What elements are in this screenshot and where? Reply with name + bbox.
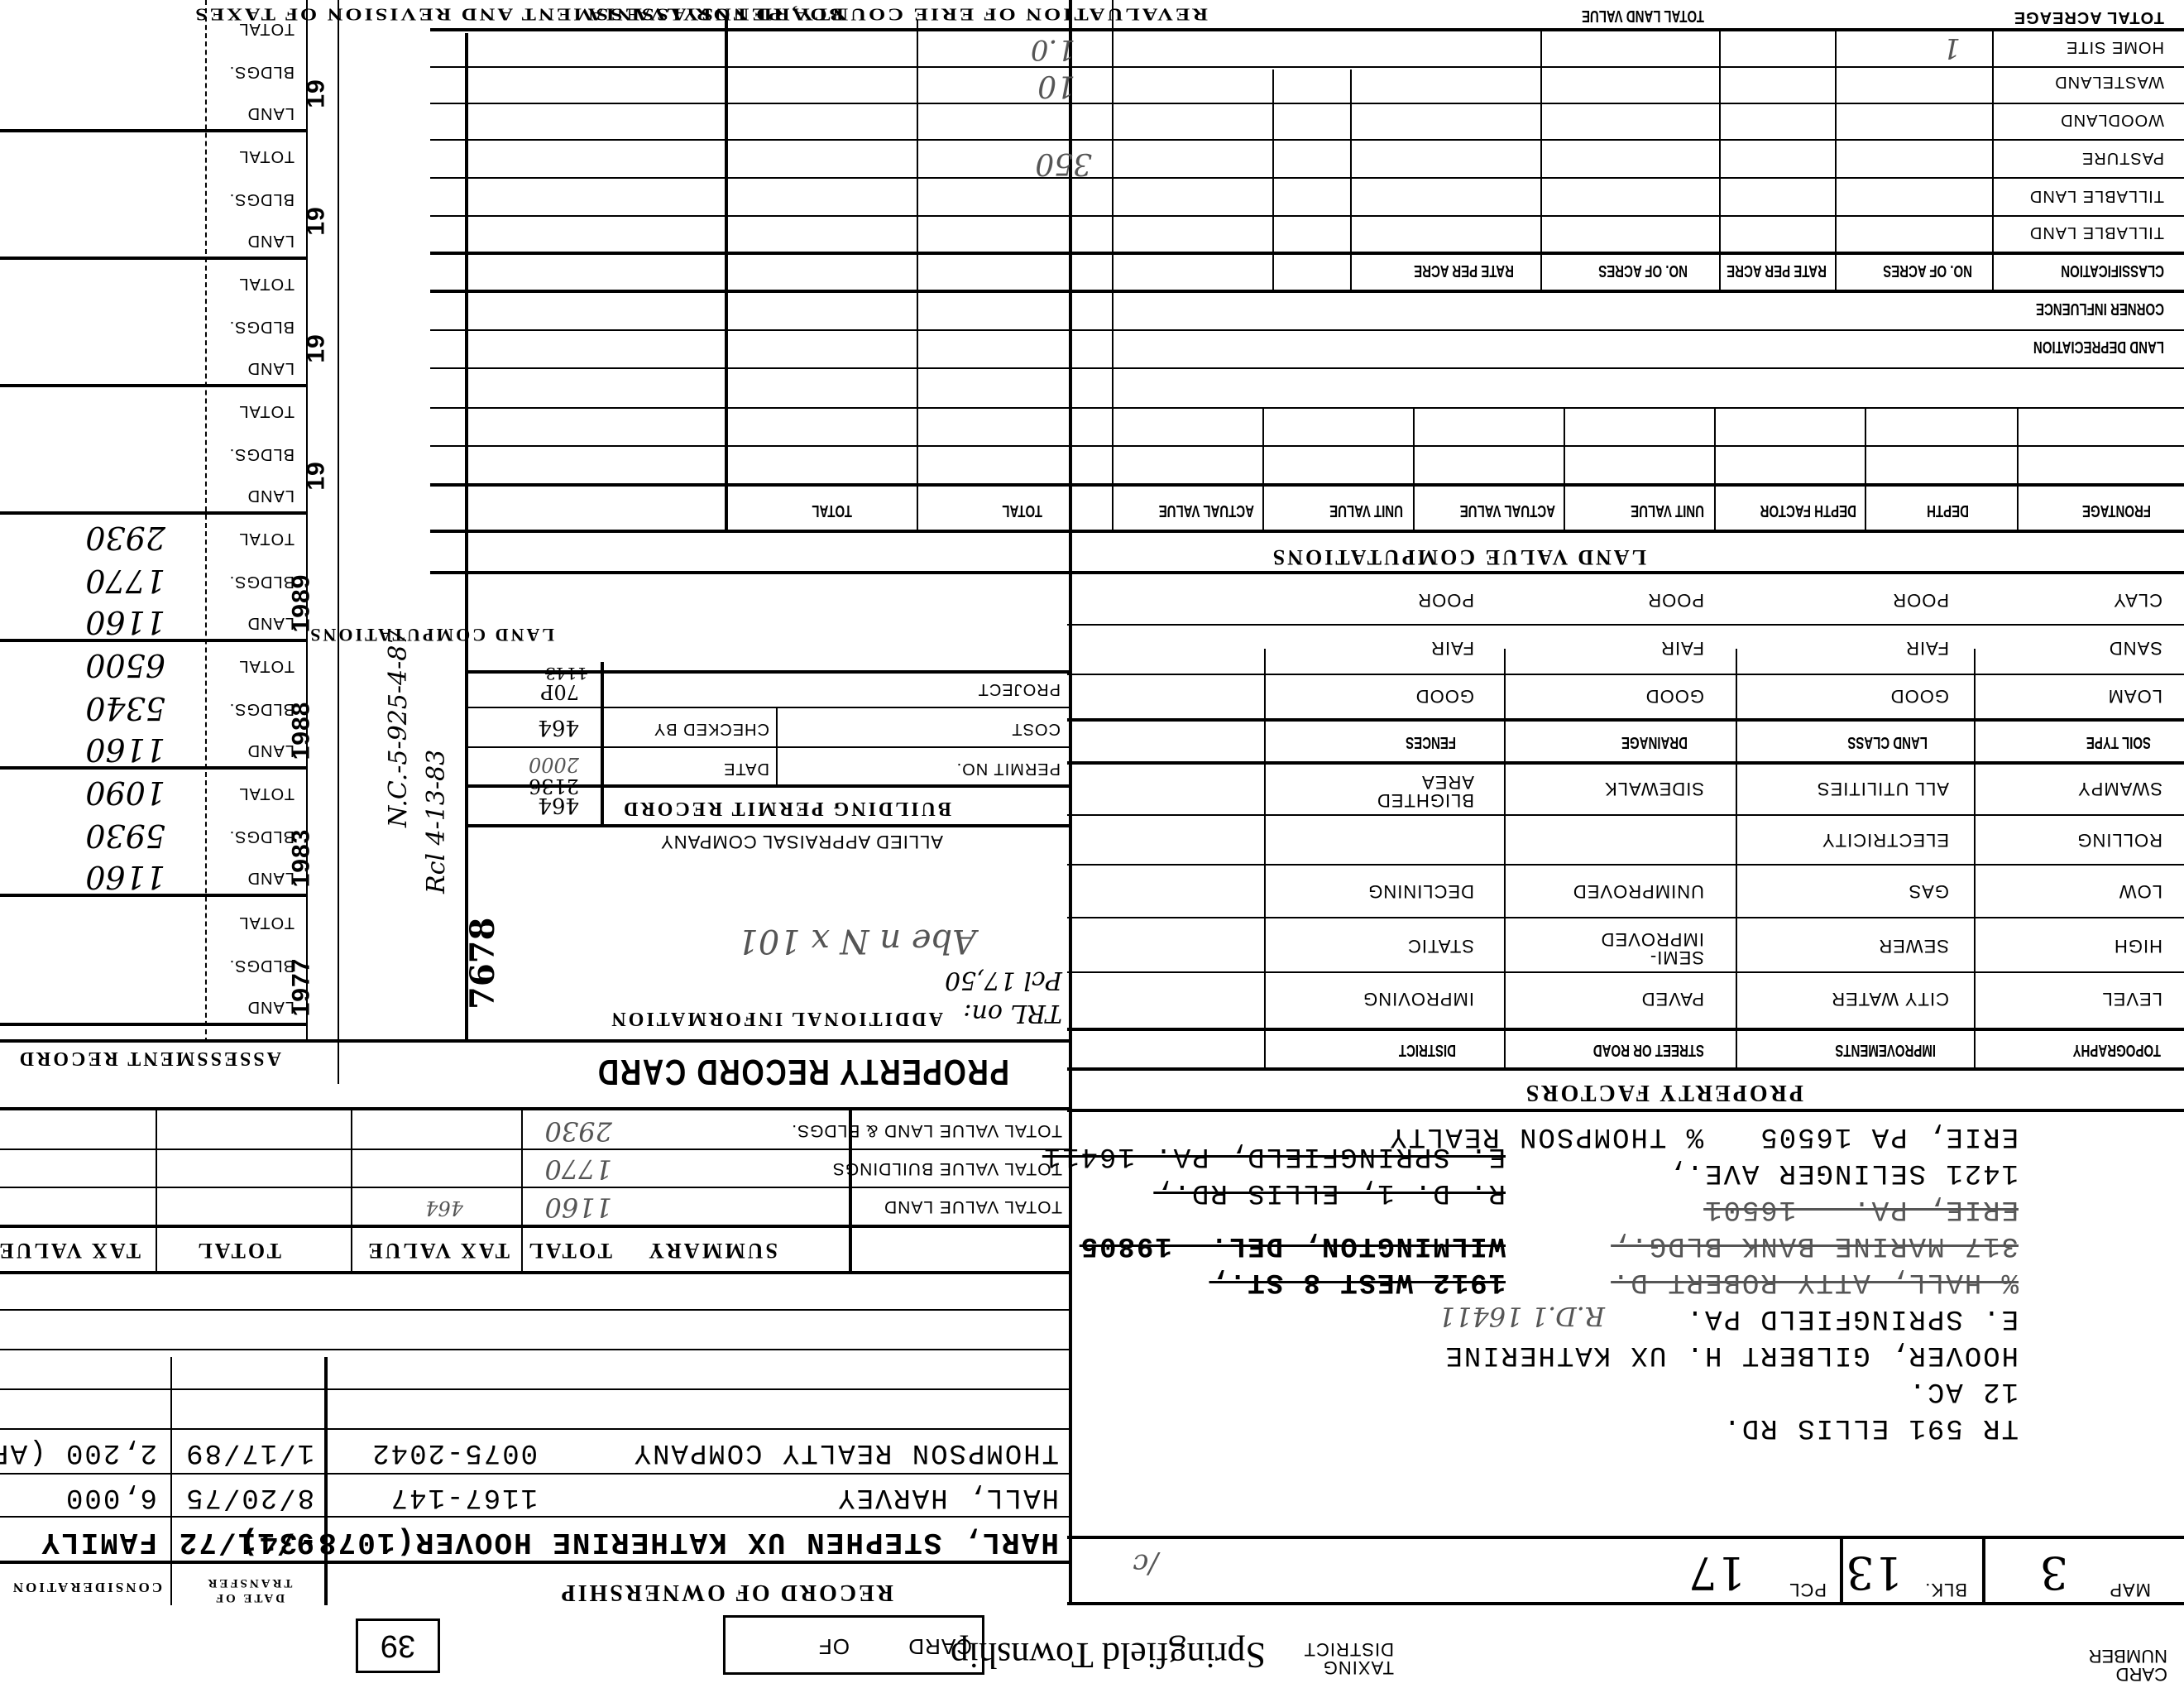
divider [468, 707, 1072, 708]
col-actual-value: ACTUAL VALUE [1460, 501, 1555, 520]
corner-influence-label: CORNER INFLUENCE [2036, 299, 2164, 318]
divider [1067, 624, 2184, 626]
divider [1067, 718, 2184, 722]
assess-1988-total[interactable]: 6500 [85, 647, 165, 683]
factor-gas[interactable]: GAS [1909, 880, 1949, 902]
divider [1067, 864, 2184, 866]
row-bldgs: BLDGS. [229, 62, 295, 81]
year-blank: 19 [302, 461, 330, 490]
summary-label-land-bldgs: TOTAL VALUE LAND & BLDGS. [791, 1120, 1062, 1140]
permit-date-label: DATE [723, 759, 769, 778]
divider [0, 1149, 1072, 1150]
land-comp-70p: 70P [540, 680, 579, 703]
factor-electricity[interactable]: ELECTRICITY [1822, 829, 1949, 851]
row-bldgs: BLDGS. [229, 699, 295, 718]
divider [0, 1039, 1072, 1043]
taxing-district-value[interactable]: Springfield Township [951, 1634, 1266, 1676]
side-note-nc: N.C.-5-925-4-87 [384, 630, 413, 827]
divider [1067, 971, 2184, 973]
row-bldgs: BLDGS. [229, 827, 295, 846]
divider [430, 290, 2184, 293]
classification-header: CLASSIFICATION [2061, 261, 2164, 280]
divider [917, 20, 918, 533]
taxing-district-label: TAXING DISTRICT [1286, 1640, 1394, 1676]
class-total-acreage: TOTAL ACREAGE [2014, 7, 2164, 26]
land-comp-2000: 2000 [529, 753, 579, 776]
street-road-header: STREET OR ROAD [1593, 1040, 1704, 1059]
soil-sand[interactable]: SAND [2109, 637, 2162, 659]
ownership-row-date[interactable]: 1/17/89 [184, 1436, 314, 1468]
year-blank: 19 [302, 206, 330, 235]
side-note-7678: 7678 [463, 918, 502, 1009]
divider [0, 511, 308, 515]
row-bldgs: BLDGS. [229, 956, 295, 975]
row-land: LAND [247, 997, 295, 1016]
factor-unimproved[interactable]: UNIMPROVED [1573, 880, 1704, 902]
row-bldgs: BLDGS. [229, 317, 295, 336]
divider [430, 367, 2184, 369]
land-class-header: LAND CLASS [1847, 732, 1928, 751]
owner-right-struck: WILMINGTON, DEL. 19805 [1080, 1230, 1506, 1261]
divider [0, 1225, 1072, 1228]
divider [2017, 409, 2019, 533]
permit-checked-by-label: CHECKED BY [654, 719, 769, 738]
factor-sewer[interactable]: SEWER [1878, 935, 1949, 957]
class-pasture: PASTURE [2081, 148, 2164, 167]
owner-line[interactable]: TR 591 ELLIS RD. [1722, 1412, 2019, 1443]
col-frontage: FRONTAGE [2082, 501, 2151, 520]
divider [0, 1107, 1072, 1110]
divider [1982, 1539, 1985, 1605]
drainage-header: DRAINAGE [1621, 732, 1688, 751]
divider [1736, 649, 1737, 1071]
divider [0, 1187, 1072, 1188]
factor-all-utilities[interactable]: ALL UTILITIES [1817, 778, 1949, 799]
side-note-rcl: Rcl 4-13-83 [422, 750, 451, 894]
row-bldgs: BLDGS. [229, 189, 295, 209]
page-number-box: 39 [356, 1618, 440, 1673]
owner-handwritten-rd: R.D.1 16411 [1439, 1301, 1605, 1332]
divider [1262, 409, 1264, 533]
row-total: TOTAL [238, 913, 295, 932]
factor-improving[interactable]: IMPROVING [1363, 988, 1474, 1009]
row-total: TOTAL [238, 529, 295, 548]
assess-1988-bldgs[interactable]: 5340 [85, 690, 165, 727]
divider [1067, 1536, 2184, 1539]
divider [0, 1271, 1072, 1274]
divider [1974, 649, 1976, 1071]
factor-declining[interactable]: DECLINING [1367, 880, 1474, 902]
summary-land-total[interactable]: 1160 [545, 1192, 612, 1223]
divider [430, 530, 2184, 533]
divider [430, 215, 2184, 217]
summary-land-tax[interactable]: 464 [425, 1196, 463, 1220]
assessment-record-title: ASSESSMENT RECORD [17, 1047, 281, 1069]
drainage-good[interactable]: GOOD [1645, 685, 1704, 707]
divider [338, 0, 339, 1084]
blk-value[interactable]: 13 [1846, 1547, 1903, 1599]
divider [1067, 1602, 2184, 1605]
property-record-card-title: PROPERTY RECORD CARD [596, 1051, 1009, 1092]
col-total: TOTAL [1002, 501, 1042, 520]
row-total: TOTAL [238, 656, 295, 675]
summary-label-buildings: TOTAL VALUE BUILDINGS [832, 1158, 1062, 1178]
class-woodland: WOODLAND [2060, 110, 2164, 129]
owner-line[interactable]: HOOVER, GILBERT H. UX KATHERINE [1444, 1339, 2019, 1370]
divider [1112, 0, 1114, 533]
class-tillable-land: TILLABLE LAND [2029, 223, 2164, 242]
divider [0, 129, 308, 132]
assess-1989-bldgs[interactable]: 1770 [85, 563, 165, 599]
owner-right-struck: E. SPRINGFIELD, PA. 16411 [1042, 1140, 1506, 1172]
divider [465, 33, 468, 1043]
card-number-text: CARD NUMBER [2093, 1647, 2167, 1683]
ownership-row-deed[interactable]: 0075-2042 [371, 1436, 538, 1468]
divider [1067, 674, 2184, 675]
land-comp-464b: 464 [538, 715, 579, 740]
row-land: LAND [247, 103, 295, 122]
divider [1840, 1539, 1843, 1605]
ownership-row-consideration[interactable]: 2,200 (AFF [0, 1436, 157, 1468]
factor-low[interactable]: LOW [2119, 880, 2162, 902]
row-total: TOTAL [238, 19, 295, 38]
divider [205, 0, 207, 1043]
class-tillable-land-2: TILLABLE LAND [2029, 186, 2164, 205]
row-total: TOTAL [238, 146, 295, 165]
year-blank: 19 [302, 79, 330, 108]
year-blank: 19 [302, 333, 330, 362]
row-total: TOTAL [238, 784, 295, 803]
factor-blighted-area[interactable]: BLIGHTED AREA [1375, 773, 1474, 809]
divider [170, 1357, 172, 1605]
land-value-computations-title: LAND VALUE COMPUTATIONS [1271, 544, 1646, 569]
divider [430, 252, 2184, 255]
card-of-box[interactable]: CARD OF [723, 1615, 984, 1675]
col-total-2: TOTAL [812, 501, 852, 520]
row-bldgs: BLDGS. [229, 572, 295, 591]
land-comp-1143: 1143 [545, 664, 587, 683]
consideration-header: CONSIDERATION [11, 1579, 162, 1595]
additional-info-handwritten-2: Abe n N x 101 [737, 922, 976, 960]
owner-right-struck: 1912 WEST 8 ST., [1209, 1266, 1506, 1297]
divider [430, 407, 2184, 409]
soil-loam[interactable]: LOAM [2108, 685, 2162, 707]
divider [0, 257, 308, 260]
assess-1983-bldgs[interactable]: 5930 [85, 818, 165, 854]
divider [1564, 409, 1565, 533]
total-land-value-label: TOTAL LAND VALUE [1582, 6, 1704, 25]
assess-1983-total[interactable]: 1090 [85, 774, 165, 811]
owner-line-struck: % HALL, ATTY ROBERT D. [1611, 1266, 2019, 1297]
divider [1413, 409, 1415, 533]
divider [0, 1473, 1072, 1475]
divider [1067, 1028, 2184, 1031]
divider [1067, 1067, 2184, 1071]
divider [430, 103, 2184, 104]
divider [0, 1428, 1072, 1430]
fences-fair[interactable]: FAIR [1430, 637, 1474, 659]
topography-header: TOPOGRAPHY [2073, 1040, 2161, 1059]
land-comp-2136: 2136 [529, 774, 579, 798]
divider [156, 1109, 157, 1274]
factor-swampy[interactable]: SWAMPY [2077, 778, 2162, 799]
factor-semi-improved[interactable]: SEMI-IMPROVED [1621, 930, 1704, 966]
home-site-acres[interactable]: 1 [1942, 31, 1961, 65]
divider [1067, 917, 2184, 918]
ownership-row-owner[interactable]: HALL, HARVEY [836, 1481, 1059, 1513]
divider [0, 1561, 1072, 1564]
date-transfer-header: DATE OF TRANSFER [179, 1575, 319, 1605]
record-of-ownership-title: RECORD OF OWNERSHIP [559, 1579, 893, 1605]
ownership-row-deed[interactable]: 1167-147 [390, 1481, 538, 1513]
pcl-value[interactable]: 17 [1688, 1547, 1746, 1599]
divider [0, 1388, 1072, 1390]
divider [1714, 409, 1716, 533]
row-land: LAND [247, 358, 295, 377]
owner-line[interactable]: 12 AC. [1908, 1375, 2019, 1407]
ownership-row-date[interactable]: 8/20/75 [184, 1481, 314, 1513]
page-number: 39 [381, 1628, 415, 1664]
row-total: TOTAL [238, 274, 295, 293]
pcl-label: PCL [1789, 1579, 1827, 1600]
permit-no-label: PERMIT NO. [956, 759, 1061, 778]
drainage-poor[interactable]: POOR [1647, 589, 1704, 611]
row-bldgs: BLDGS. [229, 444, 295, 463]
row-land: LAND [247, 613, 295, 632]
divider [521, 1109, 523, 1274]
drainage-fair[interactable]: FAIR [1660, 637, 1704, 659]
factor-high[interactable]: HIGH [2114, 935, 2162, 957]
divider [430, 28, 2184, 31]
factor-level[interactable]: LEVEL [2102, 988, 2163, 1009]
row-total: TOTAL [238, 401, 295, 420]
factor-sidewalk[interactable]: SIDEWALK [1604, 778, 1704, 799]
assess-1983-land[interactable]: 1160 [85, 859, 165, 895]
row-land: LAND [247, 231, 295, 250]
summary-title: SUMMARY [646, 1238, 778, 1263]
factor-rolling[interactable]: ROLLING [2076, 829, 2162, 851]
col-depth-factor: DEPTH FACTOR [1760, 501, 1856, 520]
divider [430, 177, 2184, 179]
class-fair[interactable]: FAIR [1905, 637, 1949, 659]
col-unit-value-2: UNIT VALUE [1329, 501, 1403, 520]
divider [0, 1309, 1072, 1311]
assess-1988-land[interactable]: 1160 [85, 731, 165, 768]
divider [468, 746, 1072, 748]
wasteland-value[interactable]: 10 [1037, 69, 1075, 103]
pcl-note: /c [1133, 1547, 1159, 1580]
divider [430, 571, 2184, 574]
ownership-row-date[interactable]: 9/11/72 [178, 1525, 314, 1559]
district-header: DISTRICT [1399, 1040, 1456, 1059]
land-computations-title: LAND COMPUTATIONS [308, 624, 554, 645]
divider [1069, 0, 1072, 1605]
col-depth: DEPTH [1927, 501, 1969, 520]
divider [0, 1349, 1072, 1350]
owner-line[interactable]: 1421 SELINGER AVE., [1666, 1157, 2019, 1188]
class-good[interactable]: GOOD [1890, 685, 1949, 707]
property-record-card: REVALUATION OF ERIE COUNTY, PENNSYLVANIA… [0, 0, 2184, 1688]
summary-total-header-2: TOTAL [195, 1238, 281, 1263]
divider [1067, 814, 2184, 816]
of-label: OF [818, 1633, 850, 1659]
divider [1504, 649, 1506, 1071]
ownership-row-owner[interactable]: HARL, STEPHEN UX KATHERINE HOOVER(1078-3… [239, 1525, 1059, 1559]
divider [1067, 761, 2184, 765]
improvements-header: IMPROVEMENTS [1835, 1040, 1936, 1059]
land-depreciation-label: LAND DEPRECIATION [2033, 337, 2164, 356]
owner-line-struck: 317 MARINE BANK BLDG., [1611, 1230, 2019, 1261]
assess-1989-total[interactable]: 2930 [85, 520, 165, 556]
divider [1865, 409, 1866, 533]
owner-right-struck: R. D. 1, ELLIS RD., [1153, 1177, 1506, 1208]
soil-clay[interactable]: CLAY [2113, 589, 2162, 611]
property-factors-title: PROPERTY FACTORS [1524, 1079, 1803, 1105]
summary-label-land: TOTAL VALUE LAND [884, 1196, 1062, 1216]
divider [430, 139, 2184, 141]
map-label: MAP [2109, 1579, 2151, 1600]
factor-city-water[interactable]: CITY WATER [1831, 988, 1949, 1009]
fences-header: FENCES [1406, 732, 1456, 751]
class-home-site: HOME SITE [2066, 37, 2164, 56]
divider [0, 1516, 1072, 1518]
map-value[interactable]: 3 [2040, 1547, 2068, 1599]
permit-cost-label: COST [1011, 719, 1061, 738]
divider [468, 824, 1072, 827]
additional-info-handwritten[interactable]: TRL on: Pcl 17,50 [930, 963, 1062, 1029]
divider [324, 1357, 328, 1605]
divider [0, 384, 308, 387]
permit-project-label: PROJECT [978, 679, 1061, 698]
card-number-label: CARD NUMBER [2002, 1625, 2167, 1683]
rate-per-acre-header-2: RATE PER ACRE [1414, 261, 1514, 280]
ownership-row-consideration[interactable]: 6,000 [65, 1481, 157, 1513]
factor-static[interactable]: STATIC [1407, 935, 1474, 957]
building-permit-title: BUILDING PERMIT RECORD [621, 797, 951, 819]
owner-line-struck: ERIE, PA. 16501 [1703, 1193, 2019, 1225]
col-actual-value-2: ACTUAL VALUE [1159, 501, 1254, 520]
owner-line[interactable]: E. SPRINGFIELD PA. [1685, 1302, 2019, 1334]
fences-good[interactable]: GOOD [1415, 685, 1474, 707]
ownership-row-consideration[interactable]: FAMILY [40, 1525, 157, 1559]
class-poor[interactable]: POOR [1892, 589, 1949, 611]
summary-tax-value-header-2: TAX VALUE [0, 1238, 141, 1263]
divider [725, 20, 728, 533]
row-land: LAND [247, 868, 295, 887]
divider [430, 329, 2184, 331]
divider [1067, 1109, 2184, 1112]
divider [776, 708, 778, 788]
summary-land-bldgs-total[interactable]: 2930 [545, 1115, 612, 1147]
no-of-acres-header: NO. OF ACRES [1883, 261, 1972, 280]
rate-per-acre-header: RATE PER ACRE [1727, 261, 1827, 280]
row-land: LAND [247, 486, 295, 505]
divider [0, 1023, 308, 1026]
ownership-row-owner[interactable]: THOMPSON REALTY COMPANY [633, 1436, 1059, 1468]
divider [430, 445, 2184, 447]
summary-tax-value-header: TAX VALUE [366, 1238, 510, 1263]
divider [430, 66, 2184, 68]
allied-appraisal-label: ALLIED APPRAISAL COMPANY [660, 831, 943, 852]
divider [351, 1109, 352, 1274]
summary-buildings-total[interactable]: 1770 [545, 1153, 612, 1185]
summary-total-header: TOTAL [526, 1238, 612, 1263]
divider [1264, 649, 1266, 1071]
class-wasteland: WASTELAND [2054, 72, 2164, 91]
factor-paved[interactable]: PAVED [1641, 988, 1704, 1009]
home-site-value[interactable]: 1.0 [1031, 33, 1075, 66]
divider [430, 483, 2184, 487]
row-land: LAND [247, 741, 295, 760]
blk-label: BLK. [1924, 1579, 1967, 1600]
pasture-value[interactable]: 350 [1035, 146, 1092, 180]
soil-type-header: SOIL TYPE [2086, 732, 2151, 751]
fences-poor[interactable]: POOR [1417, 589, 1474, 611]
assess-1989-land[interactable]: 1160 [85, 604, 165, 640]
additional-info-title: ADDITIONAL INFORMATION [609, 1007, 943, 1029]
divider [601, 662, 604, 827]
col-unit-value: UNIT VALUE [1631, 501, 1704, 520]
no-of-acres-header-2: NO. OF ACRES [1598, 261, 1688, 280]
